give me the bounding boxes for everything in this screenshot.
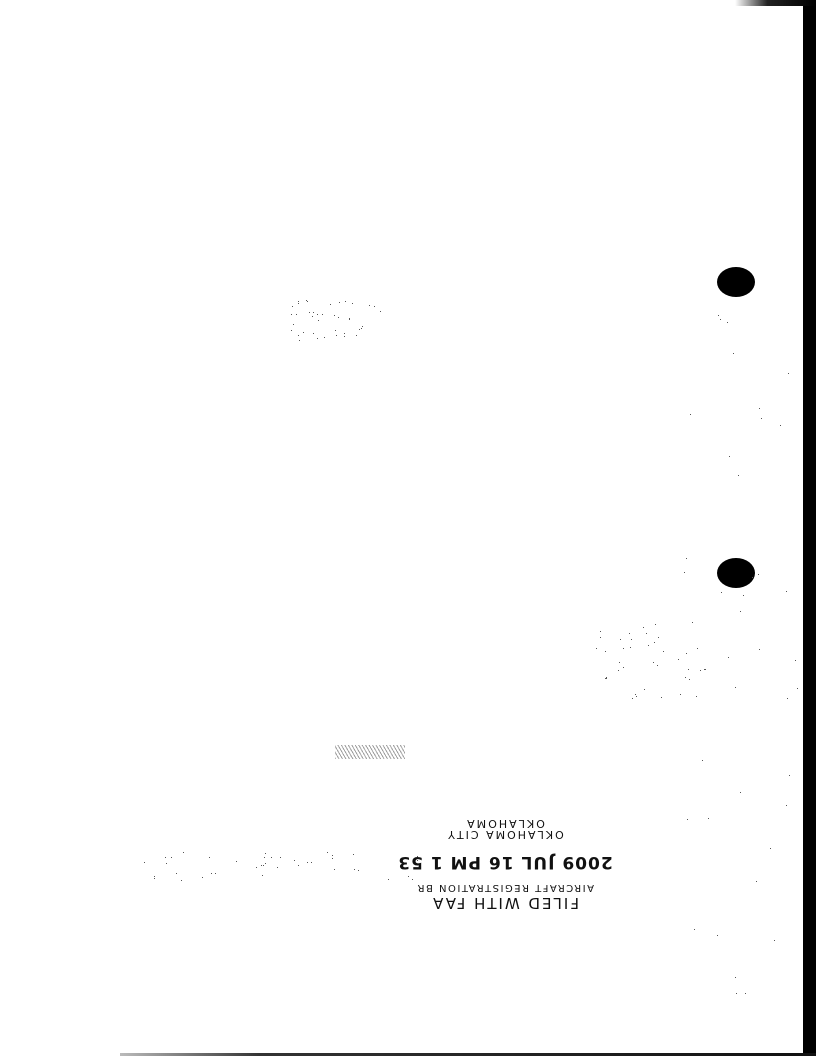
scan-speck <box>774 940 775 941</box>
scan-speck <box>718 315 719 316</box>
scan-speck <box>740 792 741 793</box>
scan-speck <box>166 863 167 864</box>
scan-speck <box>661 697 662 698</box>
scan-speck <box>324 337 325 338</box>
scan-speck <box>733 353 734 354</box>
scan-speck <box>309 312 310 313</box>
scan-speck <box>600 631 601 632</box>
scan-speck <box>643 627 644 628</box>
right-scan-border <box>803 6 816 1056</box>
scan-speck <box>684 572 685 573</box>
scan-speck <box>795 660 796 661</box>
scan-speck <box>658 637 659 638</box>
scan-speck <box>327 852 328 853</box>
scan-speck <box>171 857 172 858</box>
scan-speck <box>202 877 203 878</box>
scan-speck <box>689 679 690 680</box>
scan-speck <box>705 669 706 670</box>
scan-speck <box>690 414 691 415</box>
scan-speck <box>215 873 216 874</box>
scan-speck <box>694 929 695 930</box>
scan-speck <box>619 662 620 663</box>
scan-speck <box>786 591 787 592</box>
scan-speck <box>154 878 155 879</box>
scan-speck <box>761 418 762 419</box>
scan-speck <box>293 324 294 325</box>
scan-speck <box>606 678 607 679</box>
scan-speck <box>380 311 381 312</box>
scan-speck <box>759 649 760 650</box>
scan-speck <box>361 328 362 329</box>
scan-speck <box>344 336 345 337</box>
scan-speck <box>708 818 709 819</box>
ink-smudge <box>335 745 405 759</box>
scan-speck <box>236 861 237 862</box>
scan-speck <box>313 333 314 334</box>
scan-speck <box>735 977 736 978</box>
scan-speck <box>344 333 345 334</box>
scan-speck <box>359 329 360 330</box>
scan-speck <box>335 330 336 331</box>
scan-speck <box>332 855 333 856</box>
scan-speck <box>262 875 263 876</box>
scan-speck <box>183 852 184 853</box>
scan-speck <box>721 592 722 593</box>
scan-speck <box>296 314 297 315</box>
scan-speck <box>688 669 689 670</box>
scan-speck <box>209 857 210 858</box>
scan-speck <box>702 760 703 761</box>
scan-speck <box>605 651 606 652</box>
scan-speck <box>678 659 679 660</box>
scan-speck <box>736 993 737 994</box>
scan-speck <box>165 857 166 858</box>
scan-speck <box>312 316 313 317</box>
scan-speck <box>362 326 363 327</box>
scan-speck <box>632 698 633 699</box>
scan-speck <box>291 330 292 331</box>
scan-speck <box>780 425 781 426</box>
scan-speck <box>318 320 319 321</box>
scan-speck <box>740 611 741 612</box>
scan-speck <box>374 306 375 307</box>
scan-speck <box>298 301 299 302</box>
scan-speck <box>797 688 798 689</box>
scan-speck <box>336 335 337 336</box>
scan-speck <box>629 633 630 634</box>
scan-speck <box>263 865 264 866</box>
lower-punch-hole <box>717 558 755 588</box>
scan-speck <box>176 873 177 874</box>
scan-speck <box>644 689 645 690</box>
scan-speck <box>298 303 299 304</box>
scan-speck <box>655 624 656 625</box>
scan-speck <box>663 651 664 652</box>
document-page: FILED WITH FAA AIRCRAFT REGISTRATION BR … <box>0 0 816 1056</box>
scan-speck <box>623 667 624 668</box>
scan-speck <box>334 869 335 870</box>
scan-speck <box>685 677 686 678</box>
scan-speck <box>211 873 212 874</box>
scan-speck <box>686 653 687 654</box>
scan-speck <box>697 648 698 649</box>
scan-speck <box>298 865 299 866</box>
scan-speck <box>339 302 340 303</box>
scan-speck <box>303 332 304 333</box>
faa-filing-stamp: FILED WITH FAA AIRCRAFT REGISTRATION BR … <box>355 775 655 910</box>
scan-speck <box>692 622 693 623</box>
scan-speck <box>686 558 687 559</box>
scan-speck <box>307 862 308 863</box>
upper-punch-hole <box>717 267 755 297</box>
scan-speck <box>700 670 701 671</box>
scan-speck <box>623 648 624 649</box>
scan-speck <box>728 657 729 658</box>
scan-speck <box>717 935 718 936</box>
scan-speck <box>720 319 721 320</box>
scan-speck <box>417 856 418 857</box>
scan-speck <box>756 881 757 882</box>
scan-speck <box>752 577 753 578</box>
stamp-state: OKLAHOMA <box>355 818 655 829</box>
scan-speck <box>770 848 771 849</box>
scan-speck <box>144 862 145 863</box>
scan-speck <box>653 662 654 663</box>
scan-speck <box>299 340 300 341</box>
scan-speck <box>657 665 658 666</box>
stamp-filed-with: FILED WITH FAA <box>355 895 655 910</box>
scan-speck <box>313 312 314 313</box>
scan-speck <box>758 574 759 575</box>
scan-speck <box>786 805 787 806</box>
scan-speck <box>277 867 278 868</box>
scan-speck <box>727 322 728 323</box>
scan-speck <box>600 637 601 638</box>
scan-speck <box>729 456 730 457</box>
scan-speck <box>311 862 312 863</box>
scan-speck <box>648 645 649 646</box>
scan-speck <box>787 698 788 699</box>
scan-speck <box>743 595 744 596</box>
scan-speck <box>759 408 760 409</box>
scan-speck <box>294 860 295 861</box>
stamp-city: OKLAHOMA CITY <box>355 829 655 840</box>
stamp-datetime: 2009 JUL 16 PM 1 53 <box>355 853 655 870</box>
stamp-department: AIRCRAFT REGISTRATION BR <box>355 882 655 892</box>
scan-speck <box>292 306 293 307</box>
scan-speck <box>307 301 308 302</box>
scan-speck <box>369 305 370 306</box>
scan-speck <box>338 317 339 318</box>
scan-speck <box>696 696 697 697</box>
scan-speck <box>620 639 621 640</box>
scan-speck <box>738 475 739 476</box>
scan-speck <box>630 647 631 648</box>
scan-speck <box>745 993 746 994</box>
scan-speck <box>631 639 632 640</box>
scan-speck <box>606 677 607 678</box>
scan-speck <box>408 876 409 877</box>
scan-speck <box>636 696 637 697</box>
scan-speck <box>635 694 636 695</box>
scan-speck <box>181 880 182 881</box>
scan-speck <box>265 853 266 854</box>
scan-speck <box>291 314 292 315</box>
scan-speck <box>788 373 789 374</box>
scan-speck <box>417 860 418 861</box>
scan-speck <box>356 335 357 336</box>
scan-speck <box>354 869 355 870</box>
scan-speck <box>596 648 597 649</box>
scan-speck <box>264 857 265 858</box>
scan-speck <box>330 304 331 305</box>
scan-speck <box>317 314 318 315</box>
scan-speck <box>265 863 266 864</box>
scan-speck <box>646 633 647 634</box>
scan-speck <box>412 879 413 880</box>
scan-speck <box>306 300 307 301</box>
scan-speck <box>256 867 257 868</box>
scan-speck <box>358 870 359 871</box>
scan-speck <box>352 303 353 304</box>
scan-speck <box>332 858 333 859</box>
scan-speck <box>789 775 790 776</box>
scan-speck <box>349 319 350 320</box>
scan-speck <box>680 694 681 695</box>
scan-speck <box>322 314 323 315</box>
scan-speck <box>735 687 736 688</box>
scan-speck <box>353 854 354 855</box>
scan-speck <box>261 865 262 866</box>
scan-speck <box>654 642 655 643</box>
scan-speck <box>334 315 335 316</box>
scan-speck <box>388 879 389 880</box>
scan-speck <box>618 670 619 671</box>
scan-speck <box>687 819 688 820</box>
scan-speck <box>345 301 346 302</box>
scan-speck <box>271 857 272 858</box>
scan-speck <box>317 338 318 339</box>
scan-speck <box>298 335 299 336</box>
scan-speck <box>280 857 281 858</box>
